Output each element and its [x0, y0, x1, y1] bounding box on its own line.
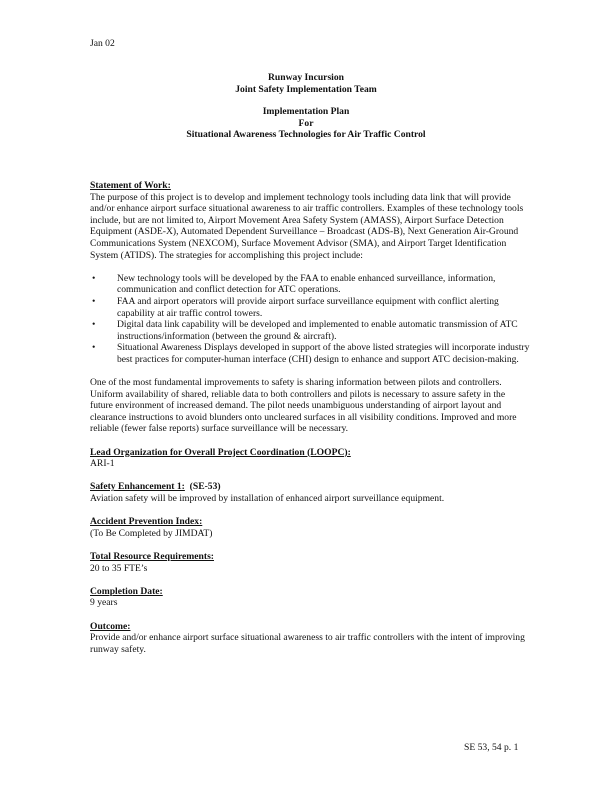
accident-prevention-heading: Accident Prevention Index:	[90, 516, 530, 528]
safety-enhancement-value: Aviation safety will be improved by inst…	[90, 493, 530, 505]
safety-enhancement-heading: Safety Enhancement 1:	[90, 481, 185, 492]
bullet-icon: •	[92, 342, 95, 354]
safety-enhancement-code: (SE-53)	[190, 481, 221, 492]
title-line-3: Implementation Plan	[0, 106, 612, 118]
outcome-value: Provide and/or enhance airport surface s…	[90, 632, 530, 655]
list-item: •New technology tools will be developed …	[90, 273, 530, 296]
resources-heading: Total Resource Requirements:	[90, 551, 530, 563]
statement-of-work-paragraph: The purpose of this project is to develo…	[90, 192, 530, 262]
strategy-list: •New technology tools will be developed …	[90, 273, 530, 366]
bullet-icon: •	[92, 319, 95, 331]
bullet-icon: •	[92, 273, 95, 285]
outcome-heading: Outcome:	[90, 621, 530, 633]
title-line-5: Situational Awareness Technologies for A…	[0, 129, 612, 141]
resources-value: 20 to 35 FTE’s	[90, 563, 530, 575]
document-body: Statement of Work: The purpose of this p…	[90, 180, 530, 655]
page-footer: SE 53, 54 p. 1	[464, 742, 518, 754]
completion-value: 9 years	[90, 597, 530, 609]
list-item: •FAA and airport operators will provide …	[90, 296, 530, 319]
title-line-4: For	[0, 118, 612, 130]
lead-org-value: ARI-1	[90, 458, 530, 470]
completion-heading: Completion Date:	[90, 586, 530, 598]
document-date: Jan 02	[90, 38, 115, 50]
bullet-icon: •	[92, 296, 95, 308]
list-item: •Digital data link capability will be de…	[90, 319, 530, 342]
statement-of-work-heading: Statement of Work:	[90, 180, 530, 192]
safety-enhancement-heading-row: Safety Enhancement 1: (SE-53)	[90, 481, 530, 493]
document-title-block: Runway Incursion Joint Safety Implementa…	[0, 72, 612, 141]
title-line-2: Joint Safety Implementation Team	[0, 84, 612, 96]
list-item: •Situational Awareness Displays develope…	[90, 342, 530, 365]
accident-prevention-value: (To Be Completed by JIMDAT)	[90, 528, 530, 540]
title-line-1: Runway Incursion	[0, 72, 612, 84]
safety-paragraph: One of the most fundamental improvements…	[90, 377, 530, 435]
lead-org-heading: Lead Organization for Overall Project Co…	[90, 447, 530, 459]
